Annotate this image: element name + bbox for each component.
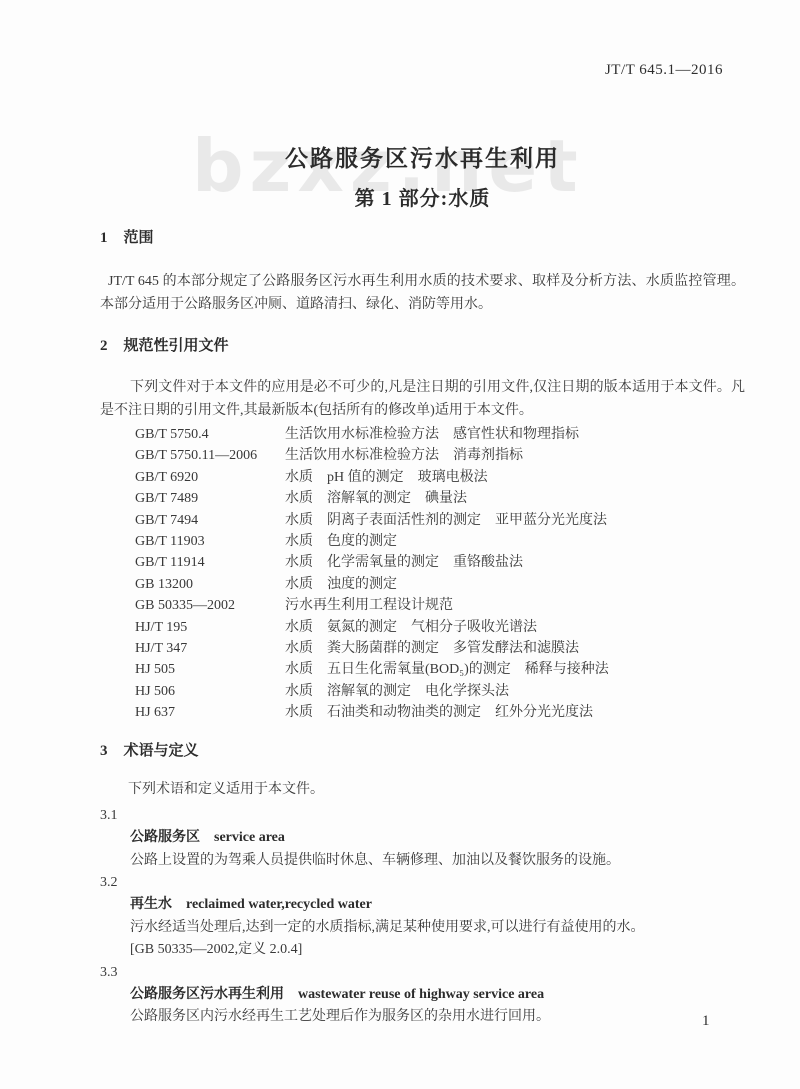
reference-item: HJ/T 195水质 氨氮的测定 气相分子吸收光谱法 bbox=[135, 617, 745, 638]
reference-title: 水质 浊度的测定 bbox=[285, 574, 745, 595]
section-3-heading: 3术语与定义 bbox=[100, 741, 745, 761]
reference-title: 水质 石油类和动物油类的测定 红外分光光度法 bbox=[285, 702, 745, 723]
reference-code: GB/T 6920 bbox=[135, 467, 285, 488]
term-definition: 污水经适当处理后,达到一定的水质指标,满足某种使用要求,可以进行有益使用的水。 bbox=[130, 917, 745, 939]
term-name: 公路服务区 service area bbox=[130, 827, 745, 849]
reference-item: GB/T 6920水质 pH 值的测定 玻璃电极法 bbox=[135, 467, 745, 488]
reference-code: GB 50335—2002 bbox=[135, 595, 285, 616]
reference-item: HJ/T 347水质 粪大肠菌群的测定 多管发酵法和滤膜法 bbox=[135, 638, 745, 659]
reference-title: 水质 化学需氧量的测定 重铬酸盐法 bbox=[285, 552, 745, 573]
section-3-intro: 下列术语和定义适用于本文件。 bbox=[100, 778, 745, 801]
term-definition: 公路服务区内污水经再生工艺处理后作为服务区的杂用水进行回用。 bbox=[130, 1006, 745, 1028]
reference-title: 水质 粪大肠菌群的测定 多管发酵法和滤膜法 bbox=[285, 638, 745, 659]
reference-item: GB/T 11903水质 色度的测定 bbox=[135, 531, 745, 552]
reference-code: HJ 506 bbox=[135, 681, 285, 702]
reference-title: 水质 色度的测定 bbox=[285, 531, 745, 552]
reference-item: GB/T 11914水质 化学需氧量的测定 重铬酸盐法 bbox=[135, 552, 745, 573]
section-2-number: 2 bbox=[100, 336, 108, 356]
term-block-3-3: 3.3 公路服务区污水再生利用 wastewater reuse of high… bbox=[100, 962, 745, 1029]
normative-references-list: GB/T 5750.4生活饮用水标准检验方法 感官性状和物理指标 GB/T 57… bbox=[100, 424, 745, 724]
reference-title: 水质 阴离子表面活性剂的测定 亚甲蓝分光光度法 bbox=[285, 510, 745, 531]
page-number: 1 bbox=[702, 1013, 710, 1030]
reference-title: 污水再生利用工程设计规范 bbox=[285, 595, 745, 616]
term-block-3-1: 3.1 公路服务区 service area 公路上设置的为驾乘人员提供临时休息… bbox=[100, 805, 745, 872]
section-1-heading: 1范围 bbox=[100, 228, 745, 248]
reference-item: GB/T 5750.4生活饮用水标准检验方法 感官性状和物理指标 bbox=[135, 424, 745, 445]
reference-item: GB 13200水质 浊度的测定 bbox=[135, 574, 745, 595]
reference-title: 生活饮用水标准检验方法 感官性状和物理指标 bbox=[285, 424, 745, 445]
reference-code: GB/T 5750.4 bbox=[135, 424, 285, 445]
reference-title: 水质 pH 值的测定 玻璃电极法 bbox=[285, 467, 745, 488]
section-1-paragraph: JT/T 645 的本部分规定了公路服务区污水再生利用水质的技术要求、取样及分析… bbox=[100, 270, 745, 316]
reference-code: GB/T 11914 bbox=[135, 552, 285, 573]
reference-item: GB/T 7494水质 阴离子表面活性剂的测定 亚甲蓝分光光度法 bbox=[135, 510, 745, 531]
term-id: 3.2 bbox=[100, 872, 745, 894]
reference-code: GB/T 7494 bbox=[135, 510, 285, 531]
term-name: 公路服务区污水再生利用 wastewater reuse of highway … bbox=[130, 984, 745, 1006]
reference-item: HJ 637水质 石油类和动物油类的测定 红外分光光度法 bbox=[135, 702, 745, 723]
reference-title: 水质 氨氮的测定 气相分子吸收光谱法 bbox=[285, 617, 745, 638]
reference-item: HJ 505水质 五日生化需氧量(BOD₅)的测定 稀释与接种法 bbox=[135, 659, 745, 680]
reference-code: HJ 505 bbox=[135, 659, 285, 680]
term-source: [GB 50335—2002,定义 2.0.4] bbox=[130, 939, 745, 961]
section-1-title: 范围 bbox=[124, 230, 154, 246]
reference-code: GB/T 5750.11—2006 bbox=[135, 445, 285, 466]
term-definition: 公路上设置的为驾乘人员提供临时休息、车辆修理、加油以及餐饮服务的设施。 bbox=[130, 850, 745, 872]
term-block-3-2: 3.2 再生水 reclaimed water,recycled water 污… bbox=[100, 872, 745, 962]
reference-title: 水质 五日生化需氧量(BOD₅)的测定 稀释与接种法 bbox=[285, 659, 745, 680]
reference-code: GB/T 11903 bbox=[135, 531, 285, 552]
reference-code: HJ/T 347 bbox=[135, 638, 285, 659]
reference-item: GB/T 5750.11—2006生活饮用水标准检验方法 消毒剂指标 bbox=[135, 445, 745, 466]
section-2-heading: 2规范性引用文件 bbox=[100, 336, 745, 356]
document-title-line2: 第 1 部分:水质 bbox=[100, 182, 745, 211]
section-3-title: 术语与定义 bbox=[124, 743, 199, 759]
reference-code: HJ/T 195 bbox=[135, 617, 285, 638]
reference-code: GB/T 7489 bbox=[135, 488, 285, 509]
term-name: 再生水 reclaimed water,recycled water bbox=[130, 894, 745, 916]
section-2-paragraph: 下列文件对于本文件的应用是必不可少的,凡是注日期的引用文件,仅注日期的版本适用于… bbox=[100, 376, 745, 422]
term-id: 3.1 bbox=[100, 805, 745, 827]
reference-code: GB 13200 bbox=[135, 574, 285, 595]
reference-title: 水质 溶解氧的测定 电化学探头法 bbox=[285, 681, 745, 702]
reference-title: 水质 溶解氧的测定 碘量法 bbox=[285, 488, 745, 509]
standard-number: JT/T 645.1—2016 bbox=[605, 62, 723, 79]
reference-item: GB 50335—2002污水再生利用工程设计规范 bbox=[135, 595, 745, 616]
document-title: 公路服务区污水再生利用 第 1 部分:水质 bbox=[100, 140, 745, 211]
section-1-number: 1 bbox=[100, 228, 108, 248]
section-2-title: 规范性引用文件 bbox=[124, 338, 229, 354]
document-title-line1: 公路服务区污水再生利用 bbox=[100, 140, 745, 173]
reference-item: HJ 506水质 溶解氧的测定 电化学探头法 bbox=[135, 681, 745, 702]
terms-list: 3.1 公路服务区 service area 公路上设置的为驾乘人员提供临时休息… bbox=[100, 805, 745, 1029]
reference-code: HJ 637 bbox=[135, 702, 285, 723]
document-body: 1范围 JT/T 645 的本部分规定了公路服务区污水再生利用水质的技术要求、取… bbox=[100, 228, 745, 1029]
term-id: 3.3 bbox=[100, 962, 745, 984]
document-page: JT/T 645.1—2016 bzxz.net 公路服务区污水再生利用 第 1… bbox=[0, 0, 800, 1089]
reference-title: 生活饮用水标准检验方法 消毒剂指标 bbox=[285, 445, 745, 466]
reference-item: GB/T 7489水质 溶解氧的测定 碘量法 bbox=[135, 488, 745, 509]
section-3-number: 3 bbox=[100, 741, 108, 761]
